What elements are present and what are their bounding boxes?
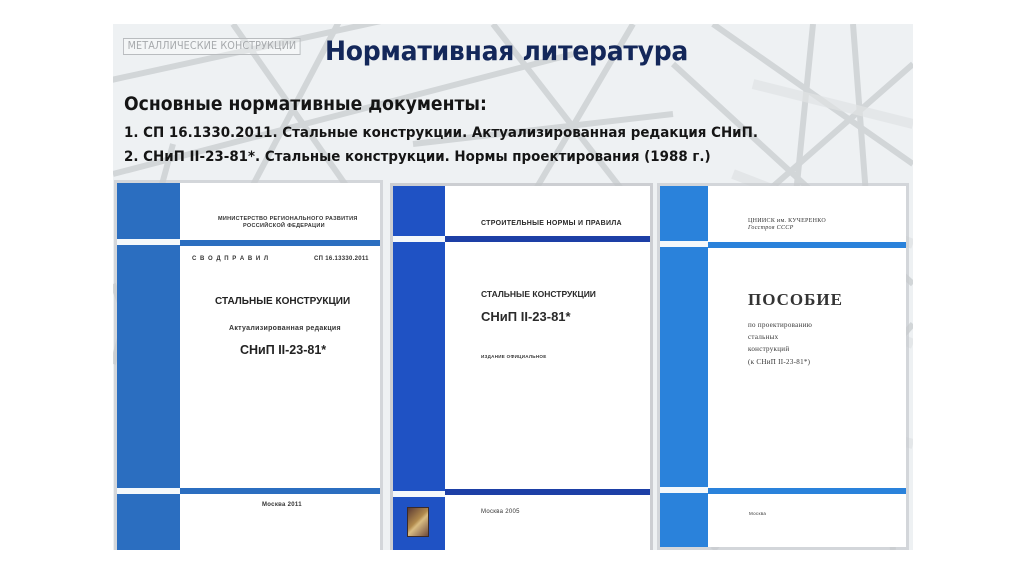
cover-norm: СНиП II-23-81*	[481, 309, 571, 324]
cover-stripe	[117, 183, 180, 239]
cover-code: СП 16.13330.2011	[314, 256, 369, 262]
document-item: 2. СНиП II-23-81*. Стальные конструкции.…	[124, 145, 758, 169]
cover-subtitle-line: конструкций	[748, 345, 789, 353]
cover-bar	[445, 236, 650, 242]
cover-norm: СНиП II-23-81*	[240, 343, 326, 357]
cover-publisher: ЦНИИСК им. КУЧЕРЕНКО	[748, 218, 826, 224]
cover-subtitle: Актуализированная редакция	[229, 325, 341, 332]
cover-stripe	[393, 242, 445, 491]
document-item: 1. СП 16.1330.2011. Стальные конструкции…	[124, 121, 758, 145]
cover-subtitle-line: (к СНиП II-23-81*)	[748, 358, 810, 366]
slide-title: Нормативная литература	[325, 36, 688, 67]
cover-subtitle-line: по проектированию	[748, 321, 812, 329]
cover-stripe	[117, 245, 180, 488]
cover-footer: Москва	[749, 511, 766, 516]
book-cover-sp-16-13330: МИНИСТЕРСТВО РЕГИОНАЛЬНОГО РАЗВИТИЯ РОСС…	[117, 183, 380, 550]
cover-series: С В О Д П Р А В И Л	[192, 256, 269, 262]
cover-footer: Москва 2011	[262, 502, 302, 508]
documents-heading: Основные нормативные документы:	[124, 94, 487, 115]
cover-stripe	[660, 493, 708, 547]
book-cover-posobie: ЦНИИСК им. КУЧЕРЕНКО Госстроя СССР ПОСОБ…	[660, 186, 906, 547]
cover-publisher-country: РОССИЙСКОЙ ФЕДЕРАЦИИ	[243, 223, 325, 229]
documents-list: 1. СП 16.1330.2011. Стальные конструкции…	[124, 121, 813, 169]
cover-stripe	[393, 186, 445, 236]
section-badge: МЕТАЛЛИЧЕСКИЕ КОНСТРУКЦИИ	[123, 38, 301, 55]
emblem-icon	[407, 507, 429, 537]
cover-bar	[180, 240, 380, 246]
cover-publisher: МИНИСТЕРСТВО РЕГИОНАЛЬНОГО РАЗВИТИЯ	[218, 216, 358, 222]
book-cover-snip-ii-23-81: СТРОИТЕЛЬНЫЕ НОРМЫ И ПРАВИЛА СТАЛЬНЫЕ КО…	[393, 186, 650, 550]
cover-stripe	[660, 186, 708, 241]
cover-bar	[180, 488, 380, 494]
cover-footer: Москва 2005	[481, 509, 520, 515]
cover-stripe	[660, 247, 708, 487]
slide: МЕТАЛЛИЧЕСКИЕ КОНСТРУКЦИИ Нормативная ли…	[113, 24, 913, 550]
cover-stripe	[117, 494, 180, 550]
cover-title: СТАЛЬНЫЕ КОНСТРУКЦИИ	[481, 289, 596, 299]
cover-bar	[445, 489, 650, 495]
cover-bar	[708, 488, 906, 494]
cover-title: ПОСОБИЕ	[748, 290, 843, 310]
cover-publisher-country: Госстроя СССР	[748, 225, 794, 231]
cover-series: СТРОИТЕЛЬНЫЕ НОРМЫ И ПРАВИЛА	[481, 220, 622, 227]
cover-subtitle-line: стальных	[748, 333, 778, 341]
cover-title: СТАЛЬНЫЕ КОНСТРУКЦИИ	[215, 296, 350, 307]
cover-bar	[708, 242, 906, 248]
cover-edition: ИЗДАНИЕ ОФИЦИАЛЬНОЕ	[481, 354, 547, 359]
